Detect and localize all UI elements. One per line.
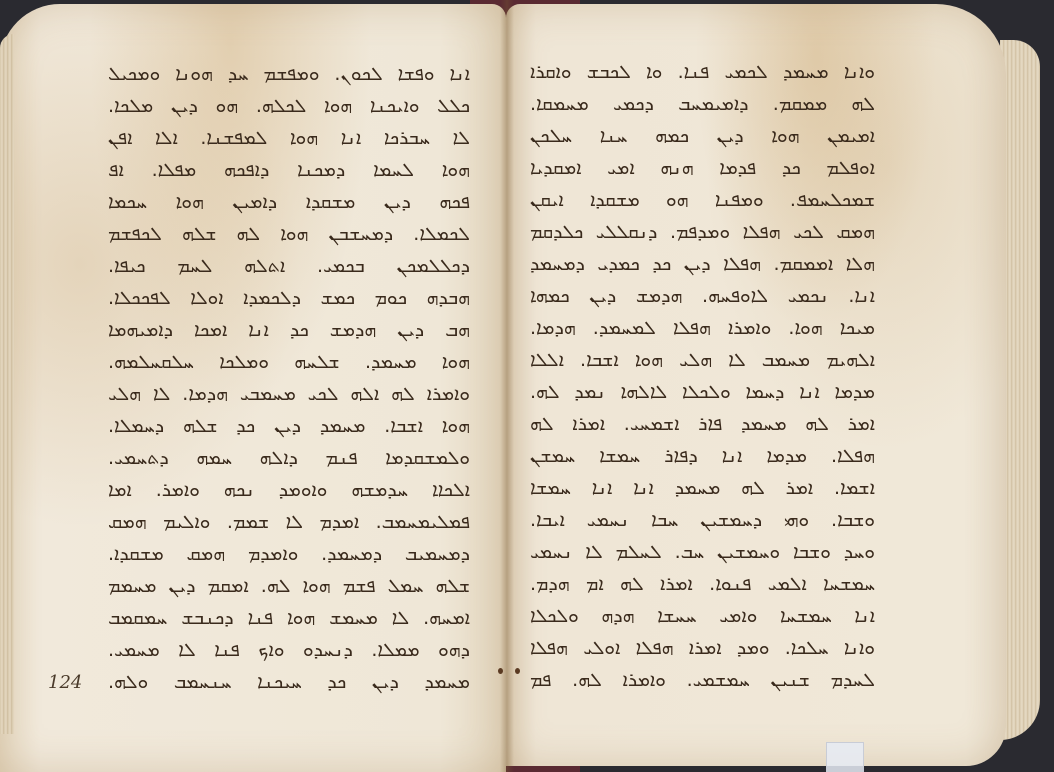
text-line: ܗܘܐ ܡܚܡܕ. ܫܠܚܗ ܘܡܠܟܐ ܚܠܩܚܠܡܗ. xyxy=(108,346,470,378)
text-line: ܡܕܡܐ ܐܢܐ ܕܚܡܐ ܘܠܟܠܐ ܠܐܠܗܐ ܢܡܕ ܠܗ. xyxy=(530,376,875,408)
text-line: ܐܢܐ ܚܡܫܚܐ ܘܐܡܝ ܚܚܫܐ ܗܕܗ ܘܠܟܠܐ xyxy=(530,600,875,632)
gutter xyxy=(500,0,514,772)
text-line: ܗܦܠܐ. ܡܕܡܐ ܐܢܐ ܕܦܐܪ ܚܡܫܐ ܚܡܫܢ xyxy=(530,440,875,472)
text-line: ܕܟܠܠܡܟܢ ܒܟܡܝ. ܐܬܠܗ ܠܚܡ ܟܝܦܐ. xyxy=(108,250,470,282)
manuscript-photo: ܐܢܐ ܘܦܫܐ ܠܟܘܢ. ܘܡܦܫܡ ܚܕ ܗܘܢܐ ܘܡܟܝܠ ܟܠܠ ܘ… xyxy=(0,0,1054,772)
text-line: ܗܒ ܕܝܢ ܗܕܡܫ ܟܕ ܐܢܐ ܐܡܟܐ ܕܐܡܝܗܡܐ xyxy=(108,314,470,346)
folio-number: 124 xyxy=(48,672,82,693)
text-line: ܗܒܕܗ ܟܘܡ ܟܡܫ ܕܠܟܡܕܐ ܐܘܠܐ ܠܦܟܟܠܐ. xyxy=(108,282,470,314)
text-line: ܗܘܐ ܐܫܒܐ. ܡܚܡܕ ܕܝܢ ܟܕ ܫܠܗ ܕܚܡܠܐ. xyxy=(108,410,470,442)
page-clip xyxy=(826,742,864,772)
sewing-hole xyxy=(498,668,503,674)
text-line: ܗܠܐ ܐܡܡܩܡ. ܗܦܠܐ ܕܝܢ ܟܕ ܟܡܕܝ ܕܡܚܡܕ xyxy=(530,248,875,280)
text-line: ܫܡܟܠܚܡܦ. ܘܡܦܢܐ ܗܘ ܡܫܩܕܐ ܐܝܩܢ xyxy=(530,184,875,216)
sewing-hole xyxy=(515,668,520,674)
text-line: ܫܠܗ ܚܡܠ ܦܫܡ ܗܘܐ ܠܗ. ܐܡܩܡ ܕܝܢ ܡܚܡܡ xyxy=(108,570,470,602)
left-page-text: ܐܢܐ ܘܦܫܐ ܠܟܘܢ. ܘܡܦܫܡ ܚܕ ܗܘܢܐ ܘܡܟܝܠ ܟܠܠ ܘ… xyxy=(108,58,470,698)
text-line: ܕܡܚܡܝܒ ܕܡܚܡܕ. ܘܐܡܕܡ ܗܡܩ ܡܫܩܕܐ. xyxy=(108,538,470,570)
text-line: ܐܡܝܡܢ ܗܘܐ ܕܝܢ ܟܡܗ ܚܢܐ ܚܠܟܢ xyxy=(530,120,875,152)
text-line: ܠܚܕܡ ܫܢܝܢ ܚܡܫܡܝ. ܘܐܡܪܐ ܠܗ. ܦܡ xyxy=(530,664,875,696)
text-line: ܡܚܡܕ ܕܝܢ ܟܕ ܚܝܟܢܐ ܚܢܚܡܒ ܘܠܗ. xyxy=(108,666,470,698)
text-line: ܗܡܩ ܠܟܝ ܗܦܠܐ ܘܡܕܦܡ. ܕܢܩܠܠܝ ܟܠܕܩܡ xyxy=(530,216,875,248)
text-line: ܘܐܢܐ ܚܠܟܐ. ܘܡܕ ܐܡܪܐ ܗܦܠܐ ܐܘܠܝ ܗܦܠܐ xyxy=(530,632,875,664)
text-line: ܐܢܐ. ܢܟܡܝ ܠܐܘܦܚܗ. ܗܕܡܫ ܕܝܢ ܟܡܗܐ xyxy=(530,280,875,312)
text-line: ܚܡܫܚܐ ܐܠܡܝ ܦܢܘܐ. ܐܡܪܐ ܠܗ ܐܡ ܗܕܡ. xyxy=(530,568,875,600)
text-line: ܟܠܠ ܘܐܝܟܢܐ ܗܘܐ ܠܟܠܗ. ܗܘ ܕܝܢ ܡܠܟܐ. xyxy=(108,90,470,122)
text-line: ܕܗܘ ܡܡܠܐ. ܕܢܚܕܘ ܘܐܟ ܦܢܐ ܠܐ ܡܚܡܝ. xyxy=(108,634,470,666)
page-edges-left xyxy=(0,34,14,734)
text-line: ܘܠܡܫܩܕܡܐ ܦܢܡ ܕܐܠܗ ܚܡܗ ܕܬܚܡܝ. xyxy=(108,442,470,474)
text-line: ܘܐܡܪܐ ܠܗ ܐܠܗ ܠܟܝ ܡܚܡܒܝ ܗܕܡܐ. ܠܐ ܗܠܝ xyxy=(108,378,470,410)
text-line: ܐܘܦܠܡ ܟܕ ܦܕܡܐ ܗܢܗ ܐܡܝ ܐܡܩܕܝܐ xyxy=(530,152,875,184)
text-line: ܦܟܗ ܕܝܢ ܡܫܩܕܐ ܕܐܡܝܢ ܗܘܐ ܚܟܡܐ xyxy=(108,186,470,218)
right-page-text: ܘܐܢܐ ܡܚܡܕ ܠܟܡܝ ܦܢܐ. ܘܐ ܠܟܒܫ ܘܐܩܪܐ ܠܗ ܡܡܩ… xyxy=(530,56,875,696)
text-line: ܘܐܢܐ ܡܚܡܕ ܠܟܡܝ ܦܢܐ. ܘܐ ܠܟܒܫ ܘܐܩܪܐ xyxy=(530,56,875,88)
text-line: ܠܐ ܚܒܪܟܐ ܐܢܐ ܗܘܐ ܠܡܦܫܢܐ. ܐܠܐ ܐܦܢ xyxy=(108,122,470,154)
text-line: ܐܡܚܗ. ܠܐ ܡܚܡܫ ܗܘܐ ܦܢܐ ܕܟܢܒܫ ܚܡܩܡܒ xyxy=(108,602,470,634)
text-line: ܘܫܒܐ. ܘܗܝ ܕܚܡܫܝܢ ܚܒܐ ܢܚܡܝ ܐܝܒܐ. xyxy=(530,504,875,536)
text-line: ܐܡܪ ܠܗ ܡܚܡܕ ܦܐܪ ܐܫܡܚܝ. ܐܡܪܐ ܠܗ xyxy=(530,408,875,440)
text-line: ܦܡܠܝܡܚܡܒ. ܐܡܕܡ ܠܐ ܫܡܡ. ܘܐܠܝܡ ܗܡܩ xyxy=(108,506,470,538)
text-line: ܐܠܟܐܐ ܚܕܡܫܗ ܘܐܘܡܕ ܢܟܗ ܘܐܡܪ. ܐܡܐ xyxy=(108,474,470,506)
text-line: ܐܠܗܝܡ ܡܚܡܒ ܠܐ ܗܠܝ ܗܘܐ ܐܫܒܐ. ܐܠܠܐ xyxy=(530,344,875,376)
text-line: ܗܘܐ ܠܚܡܐ ܕܡܟܢܐ ܕܐܦܟܗ ܡܦܠܐ. ܐܦ xyxy=(108,154,470,186)
text-line: ܠܟܡܠܐ. ܕܡܚܫܒܢ ܗܘܐ ܠܗ ܫܠܗ ܠܟܦܫܡ xyxy=(108,218,470,250)
text-line: ܘܚܕ ܘܫܒܐ ܘܚܡܫܝܢ ܚܒ. ܠܚܠܡ ܠܐ ܢܚܡܝ xyxy=(530,536,875,568)
text-line: ܠܗ ܡܡܩܡ. ܕܐܡܝܡܚܒ ܕܟܡܝ ܡܚܡܩܐ. xyxy=(530,88,875,120)
text-line: ܐܫܡܐ. ܐܡܪ ܠܗ ܡܚܡܕ ܐܢܐ ܐܢܐ ܚܡܫܐ xyxy=(530,472,875,504)
text-line: ܐܢܐ ܘܦܫܐ ܠܟܘܢ. ܘܡܦܫܡ ܚܕ ܗܘܢܐ ܘܡܟܝܠ xyxy=(108,58,470,90)
page-edges-right xyxy=(1000,40,1040,740)
text-line: ܡܝܟܐ ܗܘܐ. ܘܐܡܪܐ ܗܦܠܐ ܠܡܚܡܕ. ܗܕܡܐ. xyxy=(530,312,875,344)
